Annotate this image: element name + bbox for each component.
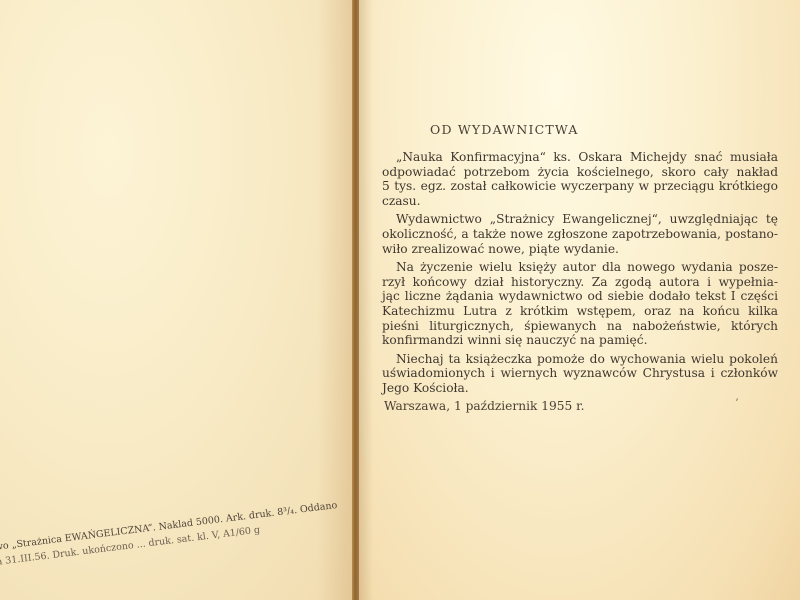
text-line: odpowiadać potrzebom życia kościelnego, … <box>382 165 778 180</box>
paragraph: Na życzenie wielu księży autor dla noweg… <box>382 260 778 348</box>
paragraph: Wydawnictwo „Strażnicy Ewangelicznej“, u… <box>382 212 778 256</box>
text-line: konfirmandzi winni się nauczyć na pamięć… <box>382 333 778 348</box>
text-line: Wydawnictwo „Strażnicy Ewangelicznej“, u… <box>382 212 778 227</box>
text-line: uświadomionych i wiernych wyznawców Chry… <box>382 366 778 381</box>
foreword-body: „Nauka Konfirmacyjna“ ks. Oskara Michejd… <box>382 150 778 400</box>
stray-ink-mark: ʼ <box>735 398 738 409</box>
text-line: „Nauka Konfirmacyjna“ ks. Oskara Michejd… <box>382 150 778 165</box>
text-line: Katechizmu Lutra z krótkim wstępem, oraz… <box>382 304 778 319</box>
text-line: Niechaj ta książeczka pomoże do wychowan… <box>382 352 778 367</box>
text-line: czasu. <box>382 194 778 209</box>
page-heading: OD WYDAWNICTWA <box>430 122 680 137</box>
text-line: rzył końcowy dział historyczny. Za zgodą… <box>382 275 778 290</box>
text-line: pieśni liturgicznych, śpiewanych na nabo… <box>382 319 778 334</box>
text-line: 5 tys. egz. został całkowicie wyczerpany… <box>382 179 778 194</box>
text-line: okoliczność, a także nowe zgłoszone zapo… <box>382 227 778 242</box>
text-line: Jego Kościoła. <box>382 381 778 396</box>
paragraph: Niechaj ta książeczka pomoże do wychowan… <box>382 352 778 396</box>
place-and-date: Warszawa, 1 październik 1955 r. <box>384 399 584 413</box>
paragraph: „Nauka Konfirmacyjna“ ks. Oskara Michejd… <box>382 150 778 208</box>
text-line: jąc liczne żądania wydawnictwo od siebie… <box>382 289 778 304</box>
text-line: Na życzenie wielu księży autor dla noweg… <box>382 260 778 275</box>
text-line: wiło zrealizować nowe, piąte wydanie. <box>382 242 778 257</box>
